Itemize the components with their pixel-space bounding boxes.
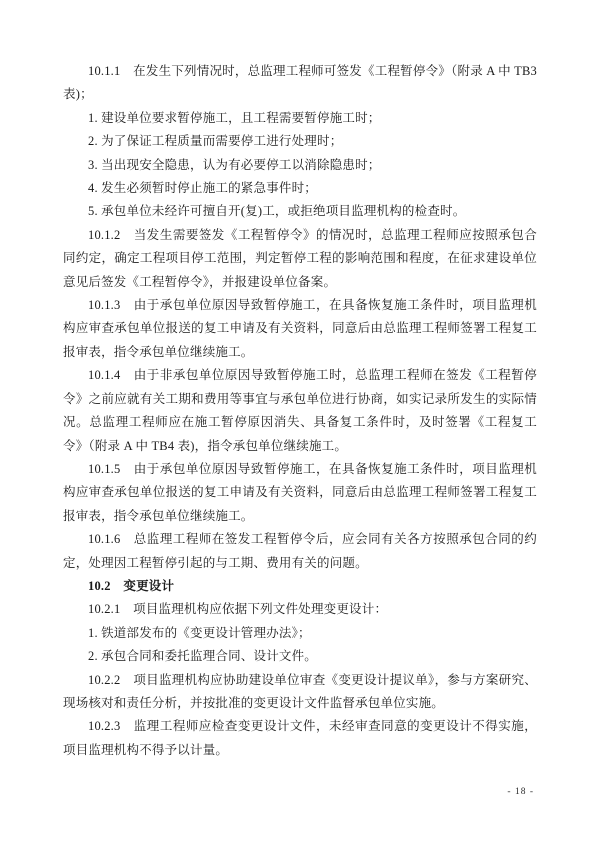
clause-10-2-2: 10.2.2 项目监理机构应协助建设单位审查《变更设计提议单》，参与方案研究、现… [63, 669, 537, 716]
page-number: - 18 - [507, 786, 534, 798]
clause-10-1-1: 10.1.1 在发生下列情况时，总监理工程师可签发《工程暂停令》（附录 A 中 … [63, 60, 537, 107]
clause-10-1-2: 10.1.2 当发生需要签发《工程暂停令》的情况时，总监理工程师应按照承包合同约… [63, 224, 537, 294]
clause-10-2-1: 10.2.1 项目监理机构应依据下列文件处理变更设计： [63, 598, 537, 621]
list-item-1: 1. 建设单位要求暂停施工，且工程需要暂停施工时； [63, 107, 537, 130]
clause-10-1-4: 10.1.4 由于非承包单位原因导致暂停施工时，总监理工程师在签发《工程暂停令》… [63, 364, 537, 458]
list-item-4: 4. 发生必须暂时停止施工的紧急事件时； [63, 177, 537, 200]
list-item-5: 5. 承包单位未经许可擅自开(复)工，或拒绝项目监理机构的检查时。 [63, 200, 537, 223]
list-item-1b: 1. 铁道部发布的《变更设计管理办法》； [63, 622, 537, 645]
clause-10-1-5: 10.1.5 由于承包单位原因导致暂停施工，在具备恢复施工条件时，项目监理机构应… [63, 458, 537, 528]
clause-10-2-3: 10.2.3 监理工程师应检查变更设计文件，未经审查同意的变更设计不得实施，项目… [63, 715, 537, 762]
document-page: 10.1.1 在发生下列情况时，总监理工程师可签发《工程暂停令》（附录 A 中 … [0, 0, 600, 848]
list-item-2b: 2. 承包合同和委托监理合同、设计文件。 [63, 645, 537, 668]
clause-10-1-3: 10.1.3 由于承包单位原因导致暂停施工，在具备恢复施工条件时，项目监理机构应… [63, 294, 537, 364]
list-item-3: 3. 当出现安全隐患，认为有必要停工以消除隐患时； [63, 154, 537, 177]
clause-10-1-6: 10.1.6 总监理工程师在签发工程暂停令后，应会同有关各方按照承包合同的约定，… [63, 528, 537, 575]
page-body-text: 10.1.1 在发生下列情况时，总监理工程师可签发《工程暂停令》（附录 A 中 … [63, 60, 537, 762]
list-item-2: 2. 为了保证工程质量而需要停工进行处理时； [63, 130, 537, 153]
section-heading-10-2: 10.2 变更设计 [63, 575, 537, 598]
